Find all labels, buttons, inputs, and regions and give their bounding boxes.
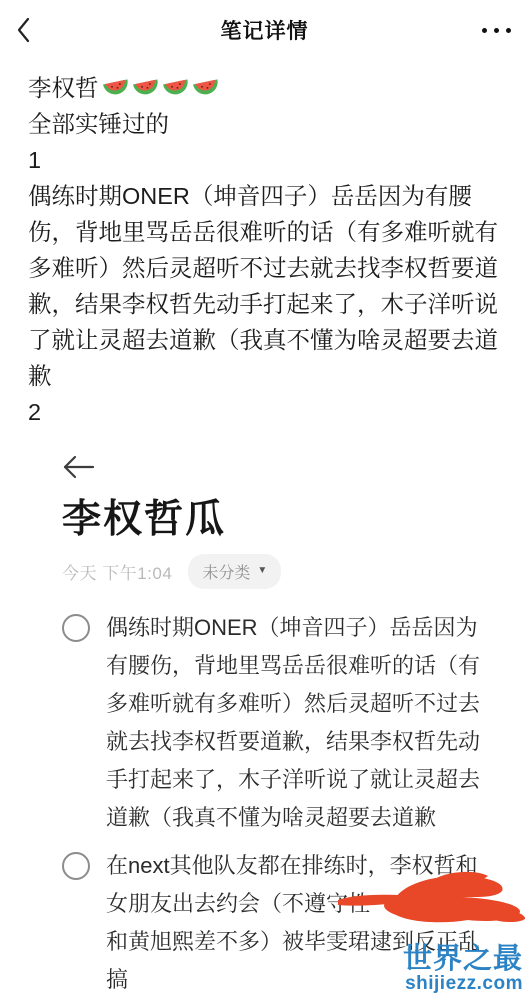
text-line: 歉，结果李权哲先动手打起来了，木子洋听说 [28,286,503,322]
site-watermark: 世界之最 shijiezz.com [403,944,523,994]
checklist-item-text: 偶练时期ONER（坤音四子）岳岳因为有腰伤，背地里骂岳岳很难听的话（有多难听就有… [106,609,506,837]
page-title: 笔记详情 [221,15,309,45]
post-body: 李权哲 全部实锤过的1 偶练时期ONER（坤音四子）岳岳因为有腰伤，背地里骂岳岳… [0,60,529,430]
arrow-left-icon [62,454,96,480]
text-line: 手打起来了，木子洋听说了就让灵超去 [106,761,506,799]
post-lines-top: 全部实锤过的1 [28,106,503,178]
app-header: 笔记详情 [0,0,529,60]
more-options-button[interactable] [482,22,511,38]
text-line: 有腰伤，背地里骂岳岳很难听的话（有 [106,647,506,685]
category-pill: 未分类 ▼ [188,554,281,589]
back-button[interactable] [16,17,42,43]
watermark-cn-text: 世界之最 [403,944,523,974]
embedded-note-screenshot[interactable]: 李权哲瓜 今天 下午1:04 未分类 ▼ 偶练时期ONER（坤音四子）岳岳因为有… [0,446,529,999]
note-detail-screen: 笔记详情 李权哲 全部实锤过的1 偶练时期ONER（坤音四子）岳岳因为有腰伤，背… [0,0,529,1000]
text-line: 偶练时期ONER（坤音四子）岳岳因为有腰 [28,178,503,214]
text-line: 多难听就有多难听）然后灵超听不过去 [106,685,506,723]
post-subject-text: 李权哲 [28,70,99,106]
ellipsis-icon [494,28,499,33]
text-line: 歉 [28,358,503,394]
watermelon-icon [101,76,131,99]
text-line: 1 [28,142,503,178]
text-line: 偶练时期ONER（坤音四子）岳岳因为 [106,609,506,647]
text-line: 伤，背地里骂岳岳很难听的话（有多难听就有 [28,214,503,250]
note-meta-row: 今天 下午1:04 未分类 ▼ [62,555,529,587]
watermelon-icon [131,76,161,99]
text-line: 女朋友出去约会（不遵守性 [106,885,506,923]
text-line: 道歉（我真不懂为啥灵超要去道歉 [106,799,506,837]
text-line: 就去找李权哲要道歉，结果李权哲先动 [106,723,506,761]
watermelon-emoji-row [103,79,220,97]
text-line: 2 [28,394,503,430]
ellipsis-icon [506,28,511,33]
watermelon-icon [161,76,191,99]
post-first-line: 李权哲 [28,70,503,106]
ellipsis-icon [482,28,487,33]
text-line: 了就让灵超去道歉（我真不懂为啥灵超要去道 [28,322,503,358]
text-line: 在next其他队友都在排练时，李权哲和 [106,847,506,885]
note-checklist: 偶练时期ONER（坤音四子）岳岳因为有腰伤，背地里骂岳岳很难听的话（有多难听就有… [62,609,529,999]
note-timestamp: 今天 下午1:04 [62,559,172,584]
text-line: 多难听）然后灵超听不过去就去找李权哲要道 [28,250,503,286]
caret-down-icon: ▼ [257,566,267,576]
note-title: 李权哲瓜 [62,497,529,543]
checkbox-circle-icon [62,614,90,642]
watermelon-icon [191,76,221,99]
checklist-item: 偶练时期ONER（坤音四子）岳岳因为有腰伤，背地里骂岳岳很难听的话（有多难听就有… [62,609,529,837]
watermark-site-text: shijiezz.com [403,974,523,994]
post-paragraph: 偶练时期ONER（坤音四子）岳岳因为有腰伤，背地里骂岳岳很难听的话（有多难听就有… [28,178,503,430]
text-line: 全部实锤过的 [28,106,503,142]
chevron-left-icon [16,17,30,43]
category-label: 未分类 [202,560,250,583]
checkbox-circle-icon [62,852,90,880]
